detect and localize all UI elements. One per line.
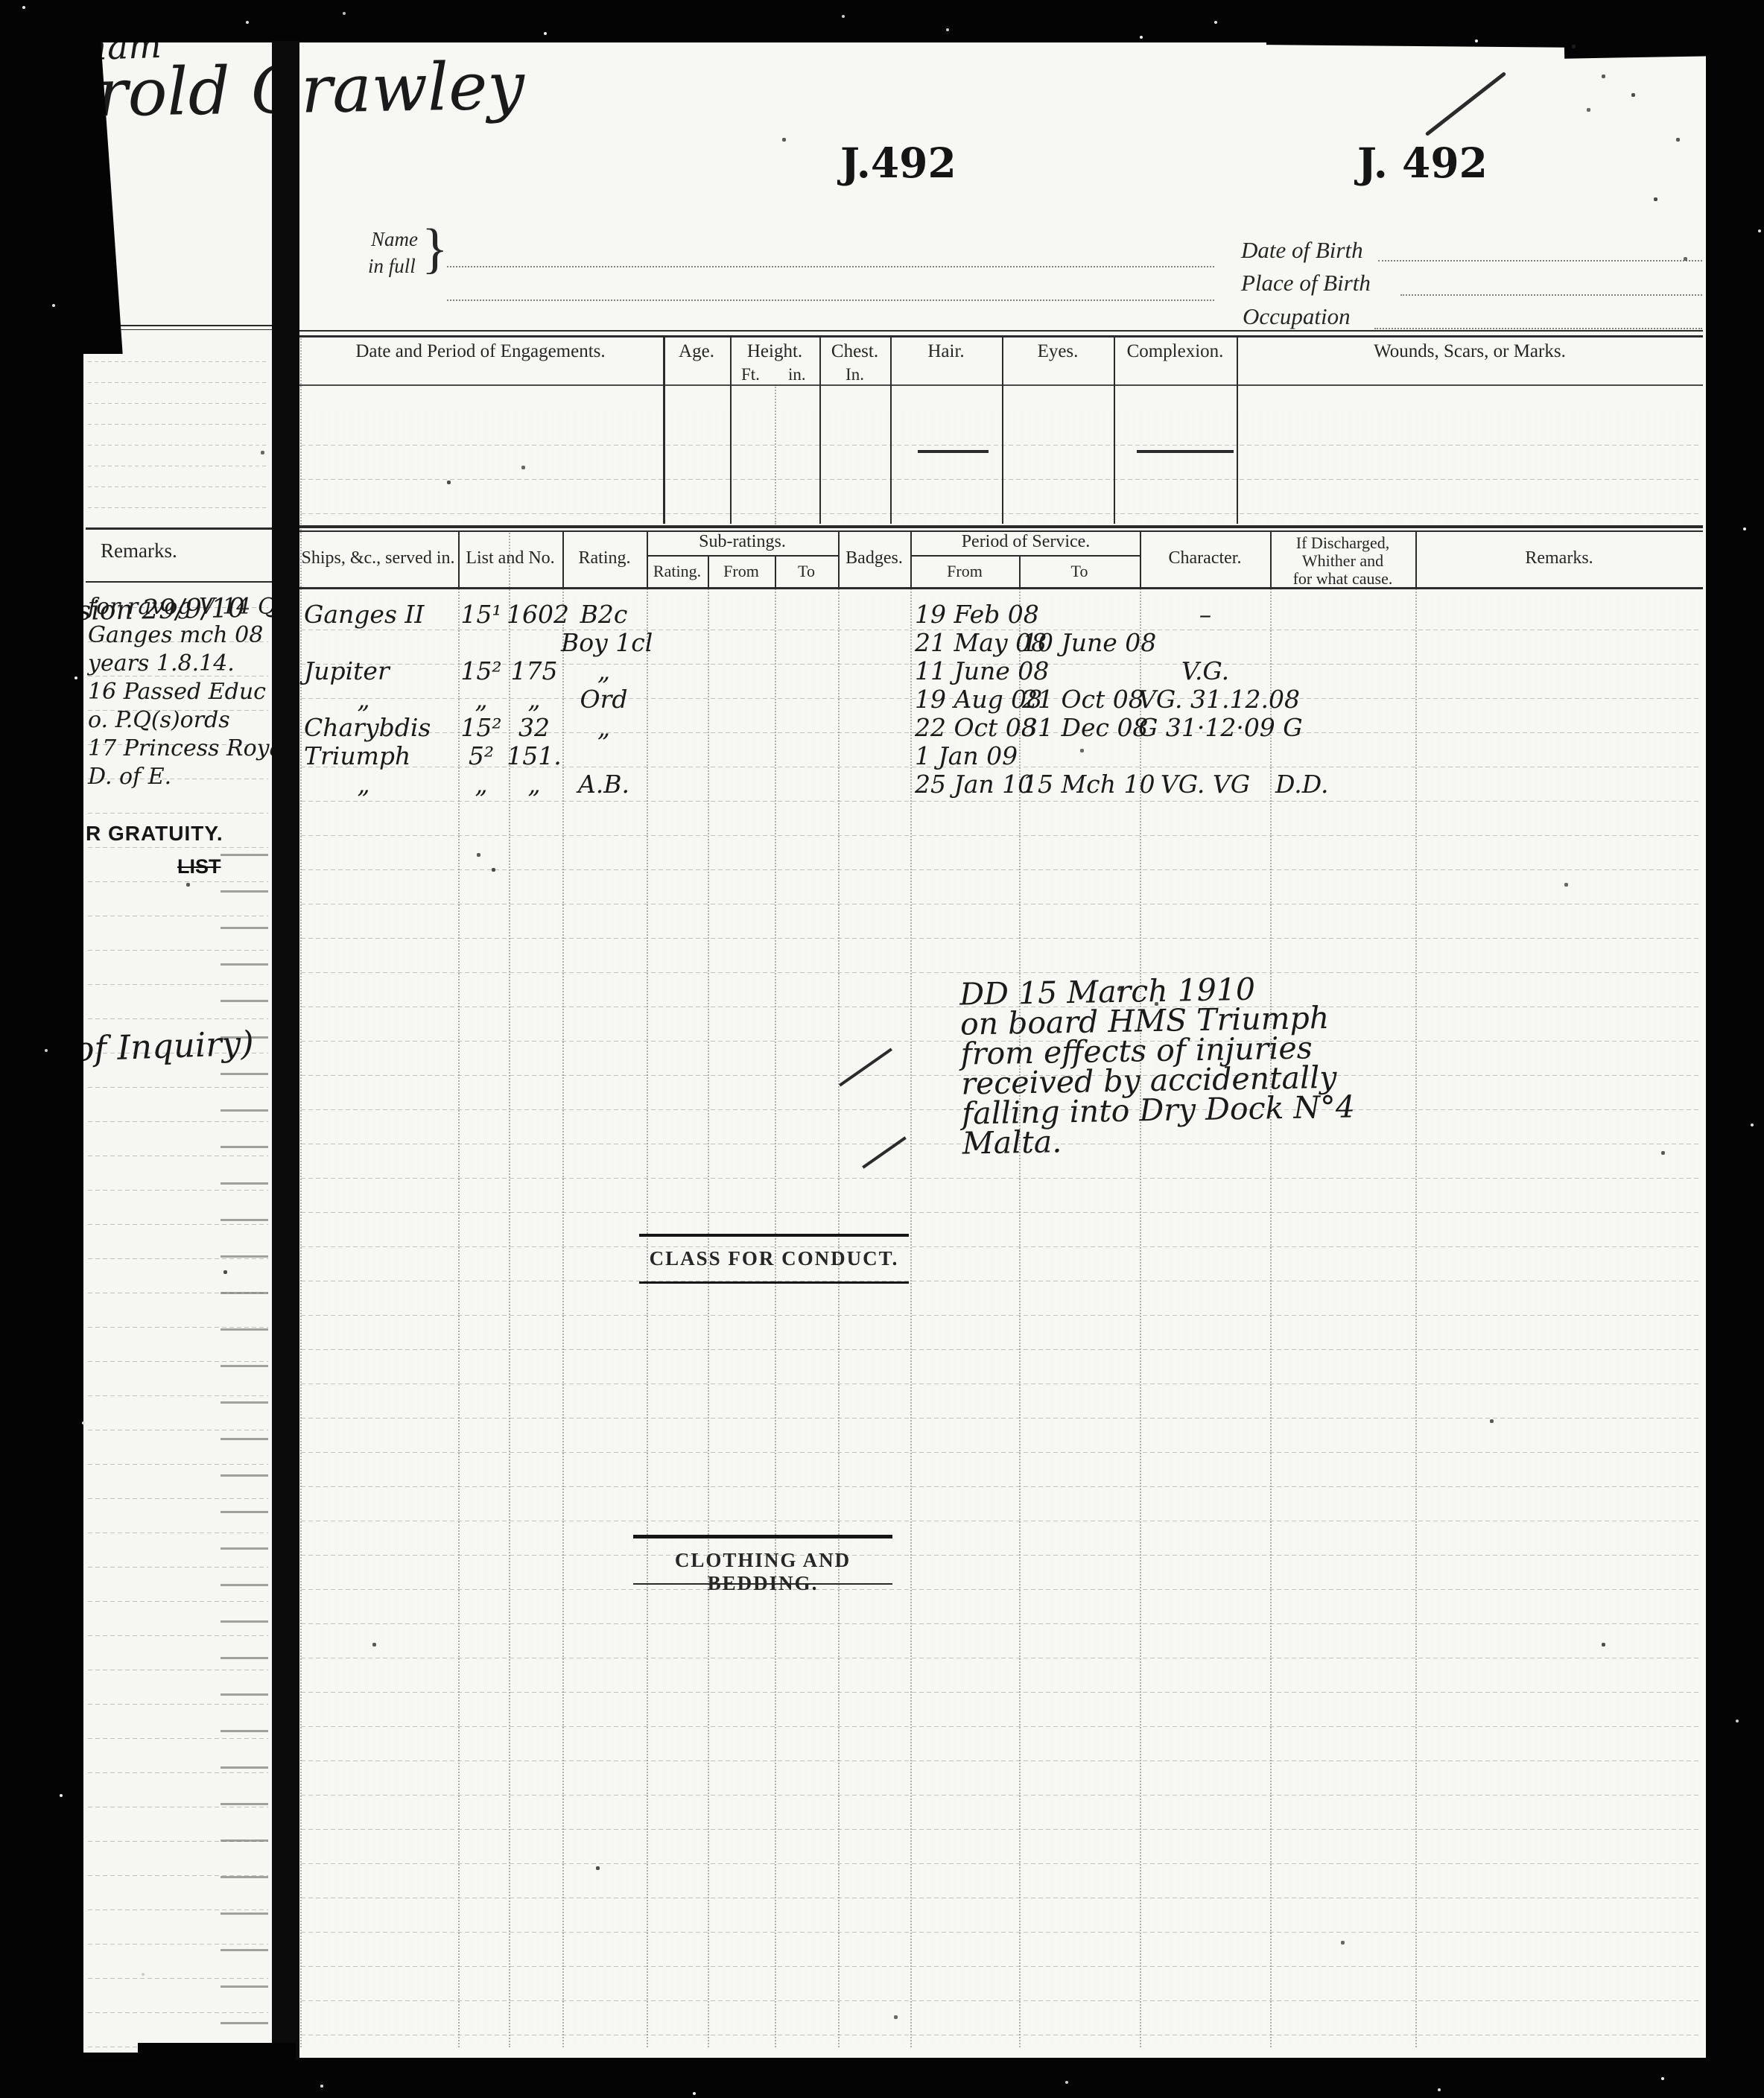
character-column: – V.G. VG. 31.12.08 G 31·12·09 G VG. VG: [1138, 600, 1272, 799]
header-subratings: Sub-ratings.: [647, 532, 838, 552]
column-line: [910, 589, 912, 2047]
service-character: V.G.: [1138, 657, 1272, 685]
service-ship: Charybdis: [304, 714, 431, 742]
subratings-underline: [647, 555, 838, 557]
service-to: 10 June 08: [1022, 629, 1156, 657]
pob-label: Place of Birth: [1241, 270, 1371, 297]
service-discharged: [1275, 685, 1329, 714]
service-number: 32: [507, 714, 562, 742]
table1-divider: [1237, 335, 1238, 524]
service-number: 175: [507, 657, 562, 685]
class-for-conduct-band: CLASS FOR CONDUCT.: [639, 1234, 909, 1284]
service-to: 31 Dec 08: [1022, 714, 1156, 742]
dob-label: Date of Birth: [1241, 237, 1363, 264]
pob-rule: [1400, 294, 1702, 296]
table1-divider: [730, 335, 732, 524]
strip-remarks-header: Remarks.: [101, 539, 177, 562]
scanned-service-record: 00493 Chatham J.492 J. 492 Name in full …: [0, 0, 1764, 2098]
header-subto: To: [775, 562, 838, 581]
header-subrating: Rating.: [647, 562, 708, 581]
form-number-stamp-center: J.492: [840, 139, 956, 187]
strip-note-line: Ganges mch 08: [88, 621, 291, 650]
name-label: Name: [371, 228, 418, 251]
hair-ditto-dash: [918, 450, 989, 453]
service-ship: [304, 629, 431, 657]
occupation-rule: [1374, 328, 1702, 329]
service-number: 151.: [507, 742, 562, 770]
service-discharged: [1275, 629, 1329, 657]
header-remarks: Remarks.: [1415, 548, 1703, 568]
service-character: [1138, 742, 1272, 770]
column-line: [1415, 589, 1417, 2047]
table1-divider: [1002, 335, 1003, 524]
ruling-left-strip-top: [88, 341, 268, 527]
scanner-noise-white: [22, 6, 25, 9]
service-discharged: [1275, 714, 1329, 742]
header-character: Character.: [1140, 548, 1270, 568]
header-rating: Rating.: [562, 548, 647, 568]
strip-note-line: for ravog V 14 QT: [88, 593, 291, 621]
service-to: [1022, 657, 1156, 685]
scan-edge-top: [0, 0, 1764, 42]
header-height-in: in.: [788, 365, 806, 384]
strip-rule: [86, 527, 272, 530]
left-strip-edge-ticks: [220, 820, 268, 2049]
service-rating: „: [561, 657, 647, 685]
strip-note-line: 17 Princess Royal: [88, 735, 291, 763]
service-rating: [561, 742, 647, 770]
header-discharged-2: Whither and: [1270, 551, 1415, 571]
column-line: [1140, 589, 1141, 2047]
table1-divider: [890, 335, 892, 524]
header-chest-in: In.: [819, 365, 890, 384]
header-engagements: Date and Period of Engagements.: [298, 341, 663, 362]
service-to: 21 Oct 08: [1022, 685, 1156, 714]
death-note-brace: {: [0, 781, 882, 960]
column-line: [1270, 589, 1272, 2047]
strip-note-line: D. of E.: [88, 763, 291, 791]
service-discharged: [1275, 742, 1329, 770]
strip-note-line: 16 Passed Educ: [88, 678, 291, 706]
service-rating: Boy 1cl: [561, 629, 647, 657]
complexion-ditto-dash: [1137, 450, 1234, 453]
gratuity-stamp: R GRATUITY.: [86, 822, 223, 846]
paper-noise-dark: [1572, 45, 1576, 48]
service-rating: Ord: [561, 685, 647, 714]
header-eyes: Eyes.: [1002, 341, 1114, 362]
service-to: 15 Mch 10: [1022, 770, 1156, 799]
ragged-corner: [1564, 39, 1710, 58]
number-column: 1602 175 „ 32 151. „: [507, 600, 562, 799]
table1-divider: [819, 335, 821, 524]
service-list: „: [456, 685, 507, 714]
name-label-2: in full: [368, 255, 416, 278]
table1-header-rule: [298, 384, 1703, 386]
clothing-and-bedding-band: CLOTHING AND BEDDING.: [633, 1535, 892, 1585]
header-height: Height.: [730, 341, 819, 362]
service-list: [456, 629, 507, 657]
list-column: 15¹ 15² „ 15² 5² „: [456, 600, 507, 799]
service-number: „: [507, 685, 562, 714]
service-number: [507, 629, 562, 657]
service-ship: „: [304, 685, 423, 714]
header-period: Period of Service.: [910, 532, 1141, 552]
period-to-column: 10 June 08 21 Oct 08 31 Dec 08 15 Mch 10: [1022, 600, 1156, 799]
column-line: [775, 384, 776, 524]
clothing-and-bedding-title: CLOTHING AND BEDDING.: [633, 1549, 892, 1595]
header-age: Age.: [663, 341, 730, 362]
class-for-conduct-title: CLASS FOR CONDUCT.: [639, 1247, 909, 1270]
name-rule: [447, 266, 1214, 267]
discharged-column: D.D.: [1275, 600, 1329, 799]
service-character: G 31·12·09 G: [1138, 714, 1272, 742]
list-stamp: LIST: [177, 855, 221, 878]
header-wounds: Wounds, Scars, or Marks.: [1237, 341, 1703, 362]
occupation-label: Occupation: [1243, 303, 1351, 330]
table1-top-rule: [298, 330, 1703, 332]
header-list-and-no: List and No.: [458, 548, 562, 568]
service-ship: Triumph: [304, 742, 431, 770]
strip-note-line: years 1.8.14.: [88, 650, 291, 678]
ruling-table1-body: [301, 411, 1701, 523]
header-badges: Badges.: [838, 548, 910, 568]
service-discharged: D.D.: [1275, 770, 1329, 799]
rating-column: B2c Boy 1cl „ Ord „ A.B.: [561, 600, 647, 799]
table1-divider: [663, 335, 665, 524]
name-brace: }: [422, 218, 448, 281]
service-character: VG. VG: [1138, 770, 1272, 799]
header-period-from: From: [910, 562, 1019, 581]
service-ship: Jupiter: [304, 657, 431, 685]
scan-edge-right: [1706, 0, 1764, 2098]
header-hair: Hair.: [890, 341, 1002, 362]
service-rating: „: [561, 714, 647, 742]
header-chest: Chest.: [819, 341, 890, 362]
service-list: 5²: [456, 742, 507, 770]
strip-note-line: o. P.Q(s)ords: [88, 706, 291, 735]
column-line: [1019, 589, 1021, 2047]
service-discharged: [1275, 657, 1329, 685]
form-number-stamp-right: J. 492: [1357, 139, 1488, 187]
service-list: 15²: [456, 657, 507, 685]
header-subfrom: From: [708, 562, 775, 581]
period-underline: [910, 555, 1141, 557]
header-discharged-1: If Discharged,: [1270, 533, 1415, 553]
bottom-left-blotch: [138, 2043, 296, 2098]
table1-top-rule: [298, 335, 1703, 337]
header-complexion: Complexion.: [1114, 341, 1237, 362]
scan-edge-left: [0, 0, 83, 2098]
table2-top-rule: [298, 525, 1703, 528]
strip-rule: [86, 581, 272, 583]
table1-divider: [1114, 335, 1115, 524]
strip-notes: for ravog V 14 QT Ganges mch 08 years 1.…: [88, 593, 291, 791]
ships-column: Ganges II Jupiter „ Charybdis Triumph „: [304, 600, 431, 799]
service-character: [1138, 629, 1272, 657]
service-list: 15²: [456, 714, 507, 742]
service-character: VG. 31.12.08: [1138, 685, 1272, 714]
header-height-ft: Ft.: [741, 365, 760, 384]
name-rule: [447, 300, 1214, 301]
page-gutter: [272, 41, 299, 2060]
header-ships: Ships, &c., served in.: [298, 548, 458, 568]
dob-rule: [1378, 260, 1702, 262]
death-note-line: falling into Dry Dock N°4: [962, 1091, 1355, 1128]
service-to: [1022, 742, 1156, 770]
